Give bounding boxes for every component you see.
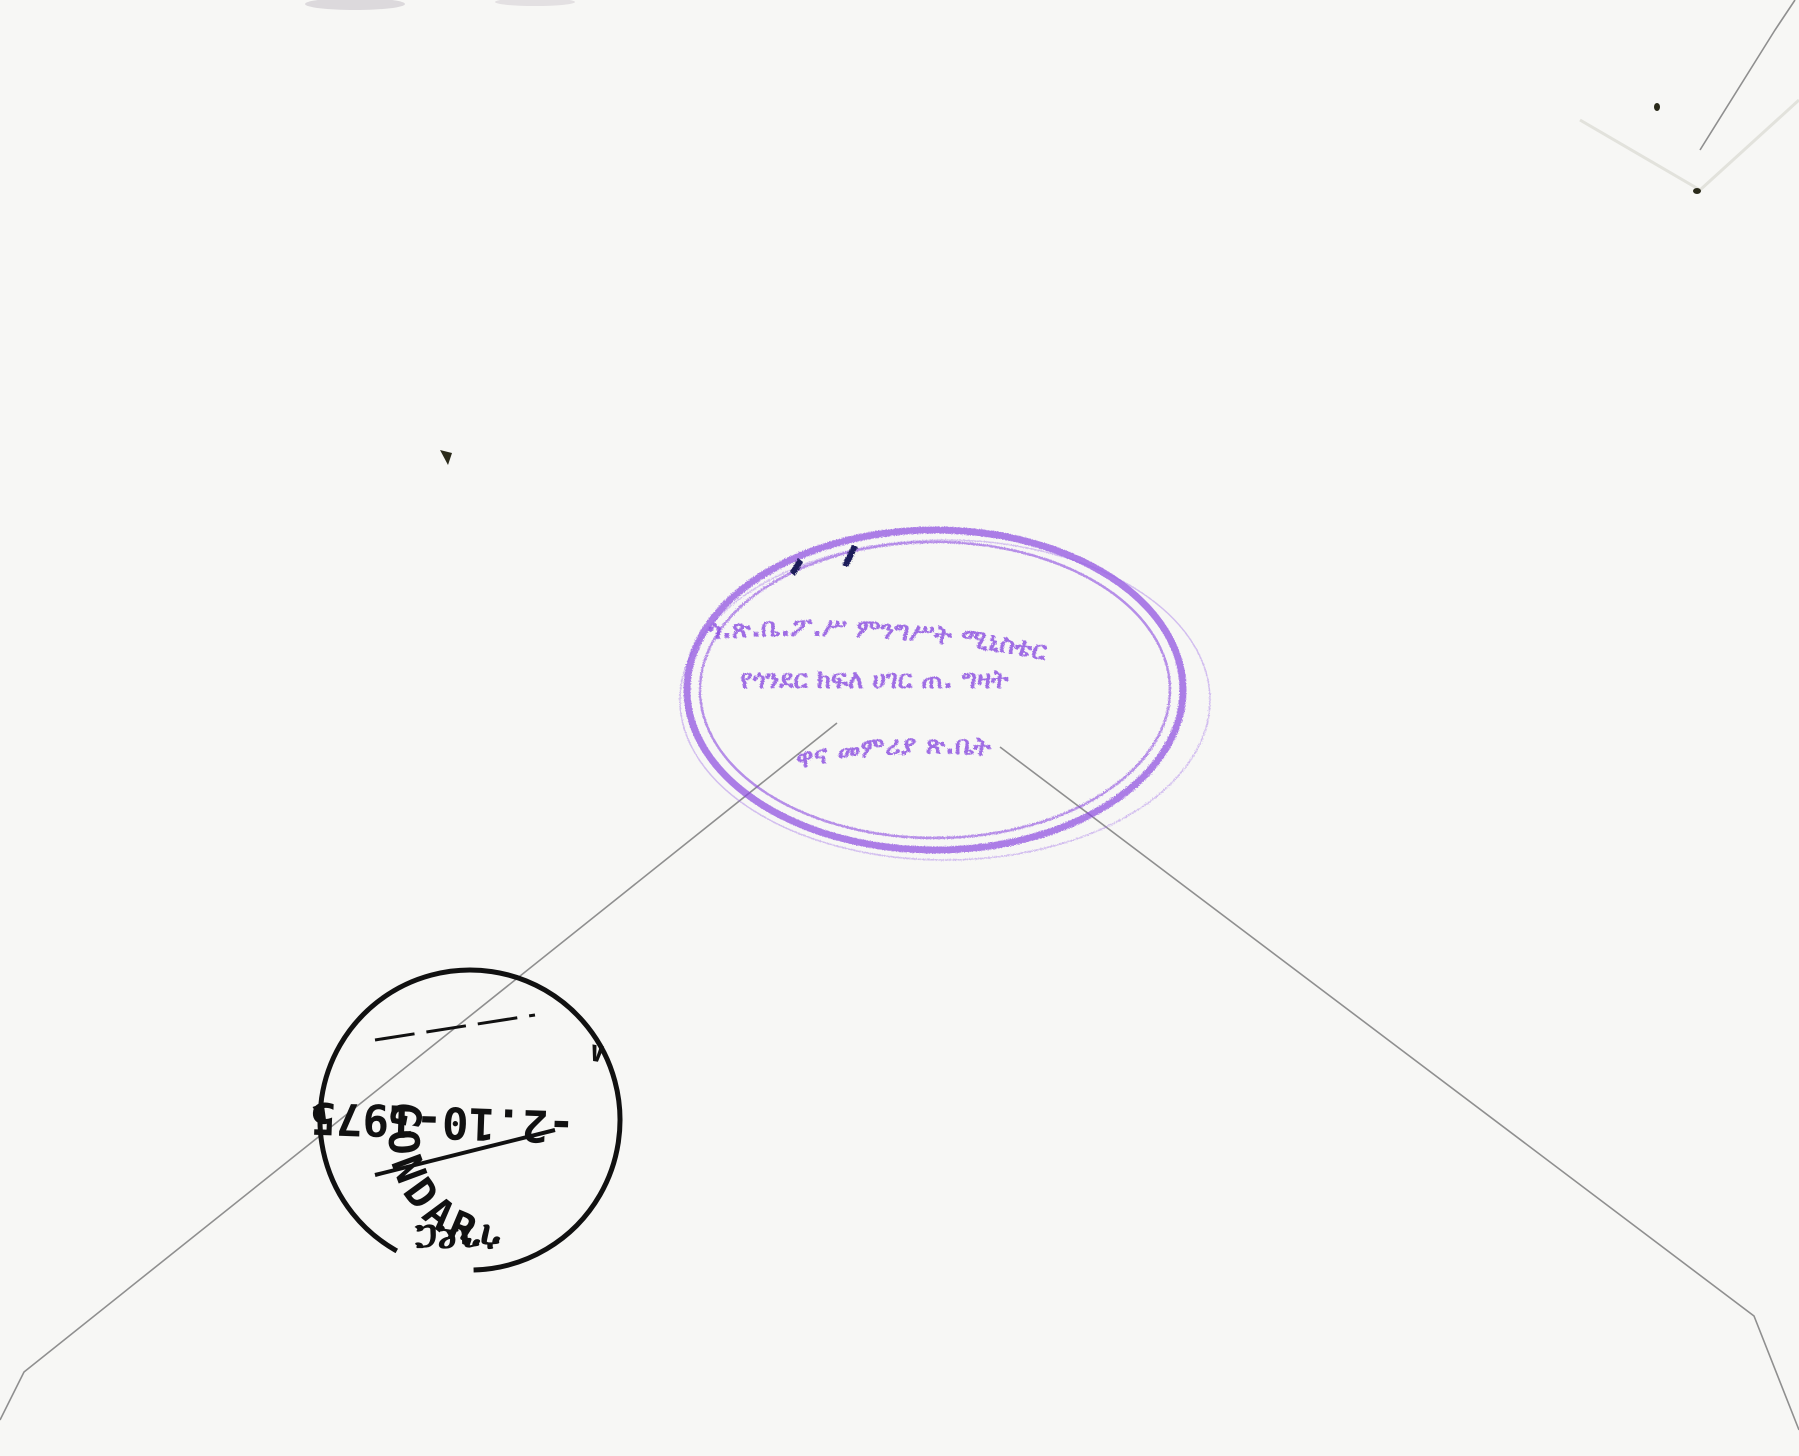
gondar-postmark: GONDAR -2.10-1975 ጎንደር ∧ ∧	[265, 915, 675, 1325]
envelope-drawing: ጎ.ጽ.ቤ.ፖ.ሥ ምንግሥት ሚኒስቴር የጎንደር ክፍለ ሀገር ጠ. ግ…	[0, 0, 1799, 1456]
office-cachet: ጎ.ጽ.ቤ.ፖ.ሥ ምንግሥት ሚኒስቴር የጎንደር ክፍለ ሀገር ጠ. ግ…	[680, 530, 1210, 860]
postmark-date: -2.10-1975	[309, 1092, 576, 1152]
postmark-town-amharic: ጎንደር	[414, 1215, 501, 1261]
cachet-top-text: ጎ.ጽ.ቤ.ፖ.ሥ ምንግሥት ሚኒስቴር	[707, 613, 1050, 668]
svg-text:∧: ∧	[585, 1037, 607, 1072]
cachet-middle-text: የጎንደር ክፍለ ሀገር ጠ. ግዛት	[740, 665, 1009, 695]
flap-fold-lines	[0, 0, 1799, 1430]
pen-mark	[842, 545, 858, 567]
cachet-bottom-text: ዋና መምሪያ ጽ.ቤት	[793, 730, 992, 775]
paper-specks	[440, 103, 1701, 465]
envelope-back: ጎ.ጽ.ቤ.ፖ.ሥ ምንግሥት ሚኒስቴር የጎንደር ክፍለ ሀገር ጠ. ግ…	[0, 0, 1799, 1456]
